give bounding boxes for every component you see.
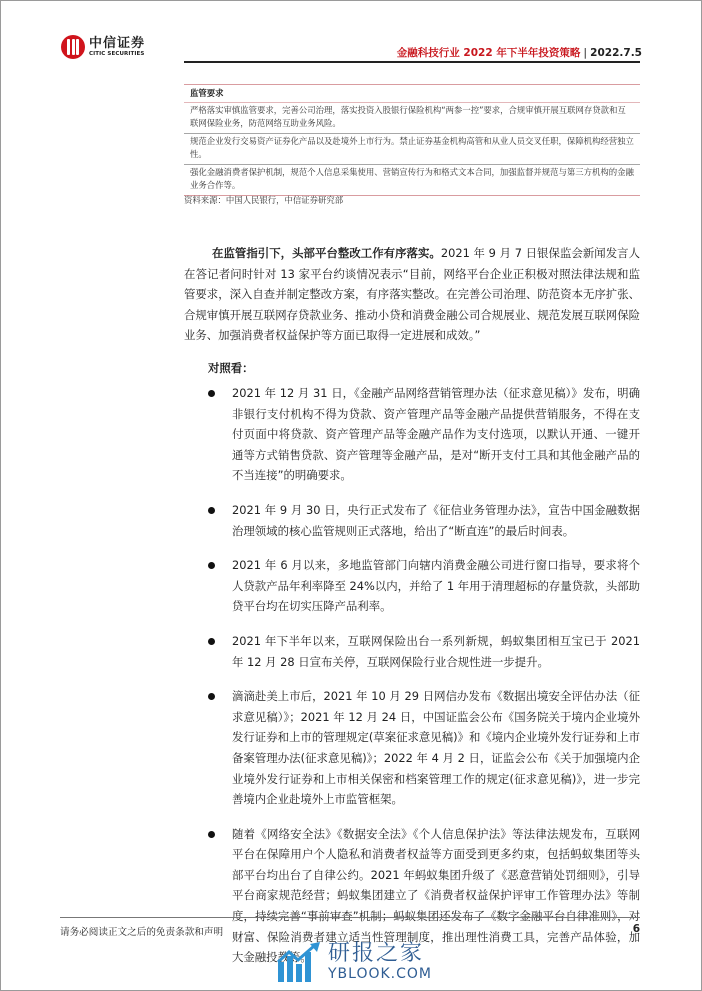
footer-rule (60, 917, 640, 918)
table-row: 严格落实审慎监管要求，完善公司治理，落实投资入股银行保险机构“两参一控”要求，合… (184, 102, 640, 133)
yblook-watermark: 研报之家 YBLOOK.COM (276, 942, 432, 982)
body-paragraph: 在监管指引下，头部平台整改工作有序落实。2021 年 9 月 7 日银保监会新闻… (184, 243, 640, 346)
bullet-icon (208, 638, 215, 645)
list-item: 2021 年 12 月 31 日，《金融产品网络营销管理办法（征求意见稿）》发布… (184, 383, 640, 486)
list-item: 2021 年 6 月以来，多地监管部门向辖内消费金融公司进行窗口指导，要求将个人… (184, 555, 640, 617)
table-source: 资料来源：中国人民银行，中信证券研究部 (184, 194, 343, 206)
table-row: 强化金融消费者保护机制，规范个人信息采集使用、营销宣传行为和格式文本合同，加强监… (184, 164, 640, 195)
watermark-english: YBLOOK.COM (328, 966, 432, 982)
table-header: 监管要求 (184, 84, 640, 102)
header-separator: | (583, 47, 587, 59)
citic-logo: 中信证券 CITIC SECURITIES (61, 33, 145, 61)
footer-disclaimer: 请务必阅读正文之后的免责条款和声明 (60, 924, 223, 938)
bullet-icon (208, 562, 215, 569)
logo-chinese-name: 中信证券 (89, 37, 145, 50)
page-number: 6 (633, 923, 640, 935)
regulatory-requirements-table: 监管要求 严格落实审慎监管要求，完善公司治理，落实投资入股银行保险机构“两参一控… (184, 84, 640, 196)
report-header: 金融科技行业 2022 年下半年投资策略|2022.7.5 (397, 45, 642, 60)
table-row: 规范企业发行交易资产证券化产品以及赴境外上市行为。禁止证券基金机构高管和从业人员… (184, 133, 640, 164)
list-item: 2021 年 9 月 30 日，央行正式发布了《征信业务管理办法》，宣告中国金融… (184, 500, 640, 541)
report-date: 2022.7.5 (590, 47, 642, 59)
watermark-chinese: 研报之家 (328, 942, 432, 966)
bullet-icon (208, 693, 215, 700)
section-subheading: 对照看： (208, 360, 254, 376)
list-item: 滴滴赴美上市后，2021 年 10 月 29 日网信办发布《数据出境安全评估办法… (184, 686, 640, 810)
report-title: 金融科技行业 2022 年下半年投资策略 (397, 47, 581, 59)
bullet-icon (208, 390, 215, 397)
paragraph-text: 2021 年 9 月 7 日银保监会新闻发言人在答记者问时针对 13 家平台约谈… (184, 246, 640, 342)
list-item: 2021 年下半年以来，互联网保险出台一系列新规，蚂蚁集团相互宝已于 2021 … (184, 631, 640, 672)
bar-chart-arrow-icon (276, 942, 322, 982)
bullet-icon (208, 507, 215, 514)
paragraph-lead: 在监管指引下，头部平台整改工作有序落实。 (212, 246, 441, 260)
bullet-icon (208, 831, 215, 838)
logo-english-name: CITIC SECURITIES (89, 52, 145, 58)
bullet-list: 2021 年 12 月 31 日，《金融产品网络营销管理办法（征求意见稿）》发布… (184, 383, 640, 982)
header-rule (184, 61, 640, 63)
citic-logo-icon (61, 35, 85, 59)
